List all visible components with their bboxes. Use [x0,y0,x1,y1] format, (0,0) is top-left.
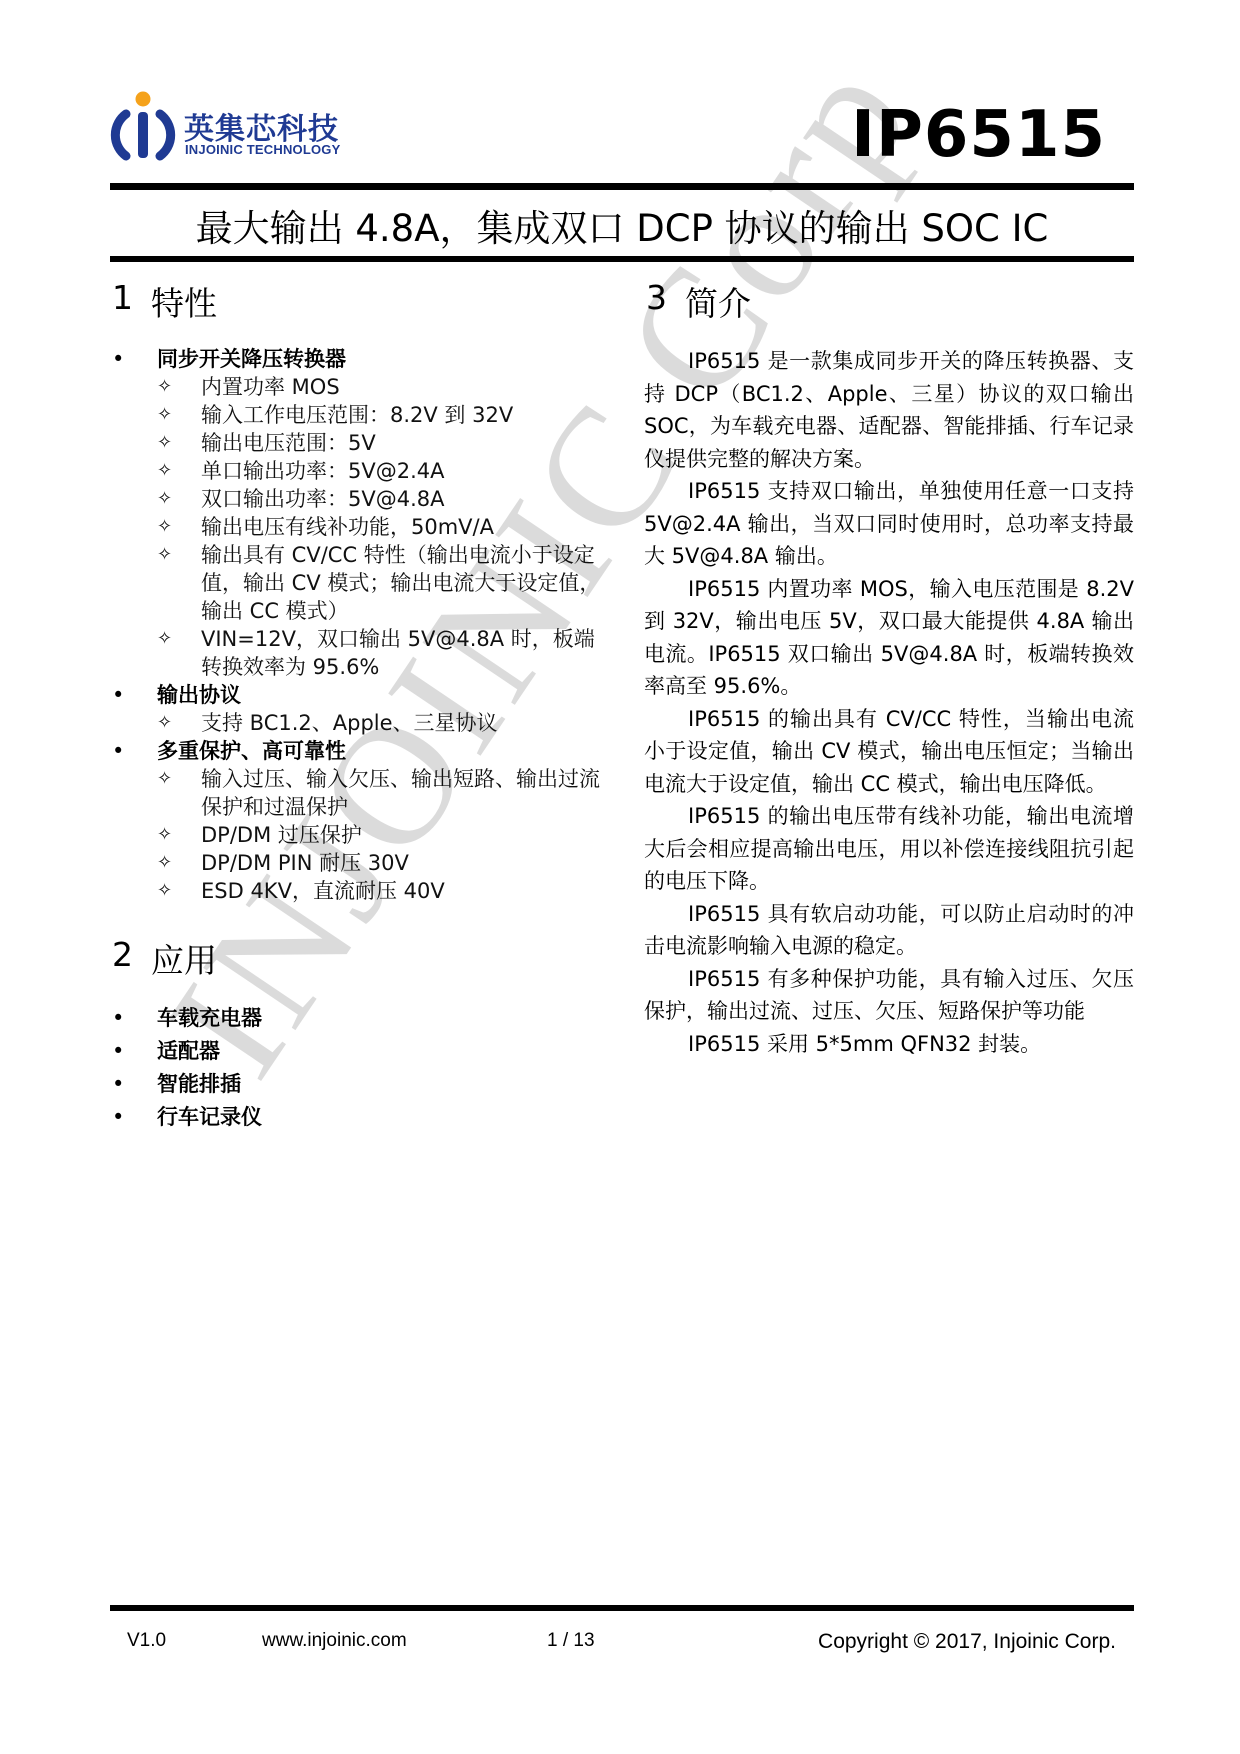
section-applications-heading: 2 应用 [112,935,610,982]
section-number: 3 [646,278,667,325]
right-column: 3 简介 IP6515 是一款集成同步开关的降压转换器、支持 DCP（BC1.2… [644,278,1134,1060]
feature-group: •输出协议 [110,681,610,709]
feature-item: ✧支持 BC1.2、Apple、三星协议 [110,709,610,737]
header-rule [110,183,1134,190]
page-number: 1 / 13 [547,1630,595,1652]
feature-item: ✧VIN=12V，双口输出 5V@4.8A 时，板端转换效率为 95.6% [110,625,610,681]
page-footer: V1.0 www.injoinic.com 1 / 13 Copyright ©… [110,1630,1134,1660]
diamond-bullet-icon: ✧ [157,485,172,513]
feature-item: ✧输出电压有线补功能，50mV/A [110,513,610,541]
feature-item: ✧DP/DM 过压保护 [110,821,610,849]
application-item: •车载充电器 [110,1002,610,1035]
feature-item: ✧输出具有 CV/CC 特性（输出电流小于设定值，输出 CV 模式；输出电流大于… [110,541,610,625]
injoinic-logo-icon [110,90,176,162]
section-title: 应用 [151,935,217,982]
section-title: 简介 [685,278,751,325]
diamond-bullet-icon: ✧ [157,541,172,569]
section-intro-heading: 3 简介 [646,278,1134,325]
bullet-icon: • [112,1002,124,1035]
feature-group: •多重保护、高可靠性 [110,737,610,765]
application-item: •适配器 [110,1035,610,1068]
footer-rule [110,1605,1134,1611]
intro-paragraph: IP6515 的输出具有 CV/CC 特性，当输出电流小于设定值，输出 CV 模… [644,703,1134,801]
feature-item: ✧双口输出功率：5V@4.8A [110,485,610,513]
diamond-bullet-icon: ✧ [157,765,172,793]
feature-group: •同步开关降压转换器 [110,345,610,373]
section-number: 2 [112,935,133,982]
intro-paragraph: IP6515 有多种保护功能，具有输入过压、欠压保护，输出过流、过压、欠压、短路… [644,963,1134,1028]
diamond-bullet-icon: ✧ [157,373,172,401]
intro-paragraph: IP6515 的输出电压带有线补功能，输出电流增大后会相应提高输出电压，用以补偿… [644,800,1134,898]
features-list: •同步开关降压转换器 ✧内置功率 MOS ✧输入工作电压范围：8.2V 到 32… [110,345,610,905]
feature-item: ✧ESD 4KV，直流耐压 40V [110,877,610,905]
application-item: •智能排插 [110,1068,610,1101]
application-item: •行车记录仪 [110,1101,610,1134]
feature-item: ✧输入过压、输入欠压、输出短路、输出过流保护和过温保护 [110,765,610,821]
diamond-bullet-icon: ✧ [157,625,172,653]
feature-item: ✧内置功率 MOS [110,373,610,401]
section-number: 1 [112,278,133,325]
diamond-bullet-icon: ✧ [157,513,172,541]
intro-paragraph: IP6515 具有软启动功能，可以防止启动时的冲击电流影响输入电源的稳定。 [644,898,1134,963]
bullet-icon: • [112,345,124,373]
feature-item: ✧DP/DM PIN 耐压 30V [110,849,610,877]
section-title: 特性 [151,278,217,325]
subtitle-rule [110,256,1134,262]
intro-paragraph: IP6515 内置功率 MOS，输入电压范围是 8.2V 到 32V，输出电压 … [644,573,1134,703]
applications-list: •车载充电器 •适配器 •智能排插 •行车记录仪 [110,1002,610,1134]
diamond-bullet-icon: ✧ [157,429,172,457]
document-version: V1.0 [127,1630,166,1652]
section-features-heading: 1 特性 [112,278,610,325]
bullet-icon: • [112,681,124,709]
intro-paragraph: IP6515 是一款集成同步开关的降压转换器、支持 DCP（BC1.2、Appl… [644,345,1134,475]
company-website-link[interactable]: www.injoinic.com [262,1630,407,1652]
bullet-icon: • [112,1035,124,1068]
diamond-bullet-icon: ✧ [157,849,172,877]
diamond-bullet-icon: ✧ [157,709,172,737]
document-subtitle: 最大输出 4.8A，集成双口 DCP 协议的输出 SOC IC [110,198,1134,252]
company-logo: 英集芯科技 INJOINIC TECHNOLOGY [110,90,350,162]
bullet-icon: • [112,1068,124,1101]
feature-item: ✧输入工作电压范围：8.2V 到 32V [110,401,610,429]
feature-item: ✧单口输出功率：5V@2.4A [110,457,610,485]
bullet-icon: • [112,737,124,765]
diamond-bullet-icon: ✧ [157,457,172,485]
diamond-bullet-icon: ✧ [157,877,172,905]
diamond-bullet-icon: ✧ [157,401,172,429]
feature-item: ✧输出电压范围：5V [110,429,610,457]
intro-paragraph: IP6515 采用 5*5mm QFN32 封装。 [644,1028,1134,1061]
bullet-icon: • [112,1101,124,1134]
logo-english-name: INJOINIC TECHNOLOGY [185,142,340,157]
left-column: 1 特性 •同步开关降压转换器 ✧内置功率 MOS ✧输入工作电压范围：8.2V… [110,278,610,1134]
diamond-bullet-icon: ✧ [157,821,172,849]
intro-body: IP6515 是一款集成同步开关的降压转换器、支持 DCP（BC1.2、Appl… [644,345,1134,1060]
copyright-notice: Copyright © 2017, Injoinic Corp. [818,1630,1116,1654]
intro-paragraph: IP6515 支持双口输出，单独使用任意一口支持 5V@2.4A 输出，当双口同… [644,475,1134,573]
spacer [110,905,610,935]
part-number: IP6515 [851,98,1106,172]
